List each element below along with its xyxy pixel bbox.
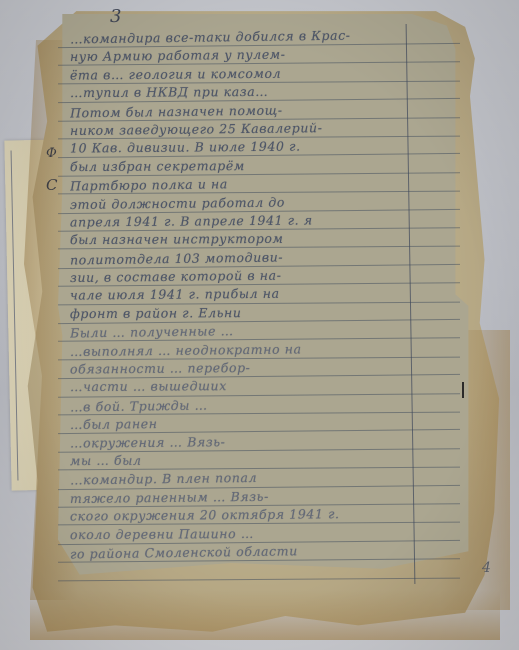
handwritten-line: ского окружения 20 октября 1941 г. <box>70 505 422 526</box>
handwritten-line: чале июля 1941 г. прибыл на <box>70 284 422 305</box>
handwritten-line: 10 Кав. дивизии. В июле 1940 г. <box>70 137 422 158</box>
underlying-paper-rule <box>11 151 19 481</box>
page-number: 4 <box>482 560 491 576</box>
margin-mark: С <box>46 176 57 194</box>
corner-mark: 3 <box>110 6 121 27</box>
paper-clip-mark <box>462 382 464 398</box>
handwritten-line: го района Смоленской области <box>70 540 422 563</box>
ruled-line <box>58 577 460 581</box>
paper-stain-bottom <box>30 590 500 640</box>
margin-mark: Ф <box>46 146 57 161</box>
handwritten-text: …командира все-таки добился в Крас-ную А… <box>70 28 422 561</box>
